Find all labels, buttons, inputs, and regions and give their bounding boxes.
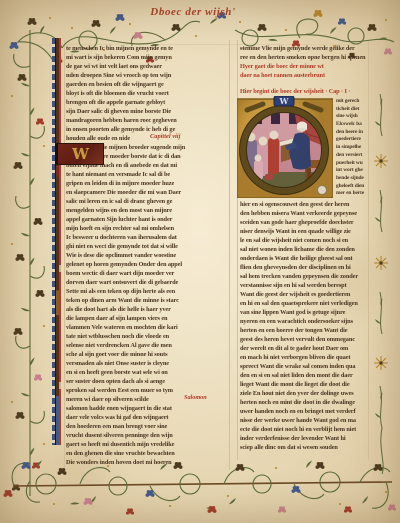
- text-line: goedertiere: [336, 136, 367, 144]
- text-line: uwer handen noch en en bringet met verde…: [240, 407, 368, 416]
- text-line: boem wectic di daer wart dijn moeder ver: [66, 269, 229, 278]
- text-line: den versiert: [336, 152, 367, 160]
- text-line: sche al sijn goet voer die minne hi sout…: [66, 350, 229, 359]
- text-line: appel garnaten Sijn luchter hant is onde…: [66, 215, 229, 224]
- miniature-historiated-initial: W: [237, 96, 333, 198]
- manuscript-page: { "page": { "running_title": "Dboec der …: [0, 0, 400, 523]
- text-line: den heere in: [336, 129, 367, 137]
- text-line: onderdaen is Want die heilige gheest sal…: [240, 254, 368, 263]
- text-line: ser suster doen opten dach als si aenge: [66, 377, 229, 386]
- right-column-body: hier en si ogenscouwet den geest der her…: [240, 200, 368, 452]
- text-line: ghi niet en wect die gemynde tot dat si …: [66, 242, 229, 251]
- text-line: en si en heeft geen borste wat sele wi o…: [66, 368, 229, 377]
- text-line: mengelden wijns en den most van mijnre: [66, 206, 229, 215]
- text-line: te menschen Ic bin mijnen gemynde en te: [66, 44, 229, 53]
- initial-letter: W: [72, 147, 89, 162]
- text-line: brengen oft die appele garnate gebloyt: [66, 98, 229, 107]
- text-line: nden droepen Sine wi vroech op ten wijn: [66, 71, 229, 80]
- text-line: ziele En hout niet den yver der dolinge …: [240, 389, 368, 398]
- text-line: hende sijnde: [336, 175, 367, 183]
- running-title: Dboec der wijsh': [0, 6, 386, 18]
- text-line: flien den gheveynsden der disciplinen en…: [240, 263, 368, 272]
- text-line: en mach hi niet verborgen bliven die qua…: [240, 353, 368, 362]
- text-line: in onsen poorten alle gemynde ic heb di …: [66, 125, 229, 134]
- text-line: in simpelhe: [336, 144, 367, 152]
- text-line: hier en si ogenscouwet den geest der her…: [240, 200, 368, 209]
- text-line: en den ghenen die sine vruchte bewachten: [66, 449, 229, 458]
- ruling-line: [64, 40, 65, 470]
- text-line: geest des heren hevet vervult den ommega…: [240, 335, 368, 344]
- text-line: en hi en sal den quaetsprekere niet verl…: [240, 299, 368, 308]
- text-line: nyeren en een warachtich ondersoeker sij…: [240, 317, 368, 326]
- text-line: bloyt is oft die bloemen die vrucht voer…: [66, 89, 229, 98]
- text-line: Wie is dese die opclimmet vander woestin…: [66, 251, 229, 260]
- text-line: mer en herte: [336, 190, 367, 198]
- initial-ornament: W: [274, 96, 294, 106]
- right-column-rubric: Hyer gaet die boec der minne wtdaer na h…: [240, 62, 368, 80]
- right-column-beside-miniature: mit gerechticheit dietsine wijshElcswelc…: [336, 98, 367, 198]
- text-line: sceiden van gode haer gheproefde doechst…: [240, 218, 368, 227]
- text-line: Elcswelc ba: [336, 121, 367, 129]
- ruling-line: [229, 40, 230, 470]
- text-line: den en si en sal niet liden den mont die…: [240, 371, 368, 380]
- text-line: Die wonders inden hoven doet mi hoeren: [66, 458, 229, 467]
- text-line: lieget Want die mont die lieget die doot…: [240, 380, 368, 389]
- right-border-sprigs: [364, 86, 400, 478]
- svg-text:W: W: [279, 96, 290, 106]
- text-line: mijn hoeft en sijn rechter sal mi omhels…: [66, 224, 229, 233]
- text-line: teken op dinen arm Want die minne is sta…: [66, 296, 229, 305]
- text-line: Sette mi als een teken op dijn herte als…: [66, 287, 229, 296]
- text-line: daer na hoet rannen austerbrunt: [240, 71, 368, 80]
- text-line: gelenet op horen gemynden Onder den appe…: [66, 260, 229, 269]
- left-bar-border: [52, 38, 61, 445]
- text-line: Want die geest der wijsheit es goedertie…: [240, 290, 368, 299]
- text-line: den hoederen een man brengt voer sine: [66, 422, 229, 431]
- text-line: en slaepcamere Die moeder die mi wan Dae…: [66, 188, 229, 197]
- text-line: daer vele volcs was hi gaf den wijngaert: [66, 413, 229, 422]
- text-line: nisse der werke uwer hande Want god en m…: [240, 416, 368, 425]
- right-column-intro: stemme Vlie mijn gemynde werde gelike de…: [240, 44, 368, 62]
- text-line: puerheit wu: [336, 160, 367, 168]
- text-line: gaert so heeft mi dusentich mijn vredeli…: [66, 440, 229, 449]
- text-line: Ic besweer u dochteren van iherusalem da…: [66, 233, 229, 242]
- text-line: sijn Daer salic di gheven mine borste Di…: [66, 107, 229, 116]
- text-line: inder verderfenisse der levender Want hi: [240, 434, 368, 443]
- text-line: mi wart is sijn bekeren Com mijn gemyn: [66, 53, 229, 62]
- left-border-vine: [0, 26, 52, 518]
- text-line: mit gerech: [336, 98, 367, 106]
- text-line: spreect Want die wrake sal comen inden q…: [240, 362, 368, 371]
- text-line: versmaden als niet Onse suster is cleyne: [66, 359, 229, 368]
- margin-note-salomon: Salomon: [184, 394, 207, 401]
- text-line: houden alle oude en nide: [66, 134, 229, 143]
- decorated-initial: W: [55, 143, 104, 165]
- chapter-rubric: Capittel viij: [150, 133, 180, 140]
- text-line: ree en den herten smeken opne bergen hi …: [240, 53, 368, 62]
- text-line: die lampen daer af sijn lampen viers en: [66, 314, 229, 323]
- text-line: gripen en leiden di in mijnre moeder huz…: [66, 179, 229, 188]
- text-line: dorven daer wart ontsuvert die di gebaer…: [66, 278, 229, 287]
- text-line: de gae wi wt int velt laet ons gedwaer: [66, 62, 229, 71]
- left-text-column: te menschen Ic bin mijnen gemynde en tem…: [66, 44, 229, 467]
- text-line: te hant niemant en versmade Ic sal di be: [66, 170, 229, 179]
- text-line: mandragoren hebben haren roec gegheven: [66, 116, 229, 125]
- text-line: sine wijsh: [336, 113, 367, 121]
- text-line: salic mi leren en ic sal di dranc gheven…: [66, 197, 229, 206]
- text-line: Hyer gaet die boec der minne wt: [240, 62, 368, 71]
- text-line: vrucht dusent silveren penninge den wijn: [66, 431, 229, 440]
- text-line: den hebben misera Want verkeerde gepeyns…: [240, 209, 368, 218]
- text-line: gaerden en besien oft die wijngaert ge: [66, 80, 229, 89]
- text-line: salomon hadde enen wijngaert in die stat: [66, 404, 229, 413]
- text-line: int wort ghe: [336, 167, 367, 175]
- text-line: sal hem trecken vanden gepeynsen die zon…: [240, 272, 368, 281]
- text-line: le en sal die wijsheit niet comen noch s…: [240, 236, 368, 245]
- text-line: verstannisse sijn en hi sal werden beres…: [240, 281, 368, 290]
- text-line: stemme Vlie mijn gemynde werde gelike de…: [240, 44, 368, 53]
- text-line: der werelt en dit al te gader hout Daer …: [240, 344, 368, 353]
- text-line: als die doot hart als die helle is haer …: [66, 305, 229, 314]
- chapter-heading: Hier begint die boec der wijsheit · Cap …: [240, 87, 368, 96]
- text-line: ecte die doot niet noch hi en verblijt h…: [240, 425, 368, 434]
- text-line: vlammen Vele wateren en mochten die kari: [66, 323, 229, 332]
- text-line: gheloeft dien: [336, 183, 367, 191]
- text-line: van sine lippen Want god is getuge sijnr…: [240, 308, 368, 317]
- text-line: niser denwijs Want in een quade willige …: [240, 227, 368, 236]
- text-line: herten en een hoerre der tongen Want die: [240, 326, 368, 335]
- text-line: sciep alle dinc om dat si wesen souden: [240, 443, 368, 452]
- text-line: tate niet wtblusschen noch die vloede en: [66, 332, 229, 341]
- text-line: ticheit diet: [336, 106, 367, 114]
- text-line: herten noch en mint die doot in die dwal…: [240, 398, 368, 407]
- text-line: sal niet wonen inden lichame die den zon…: [240, 245, 368, 254]
- text-line: selense niet verdrencken Al gave die men: [66, 341, 229, 350]
